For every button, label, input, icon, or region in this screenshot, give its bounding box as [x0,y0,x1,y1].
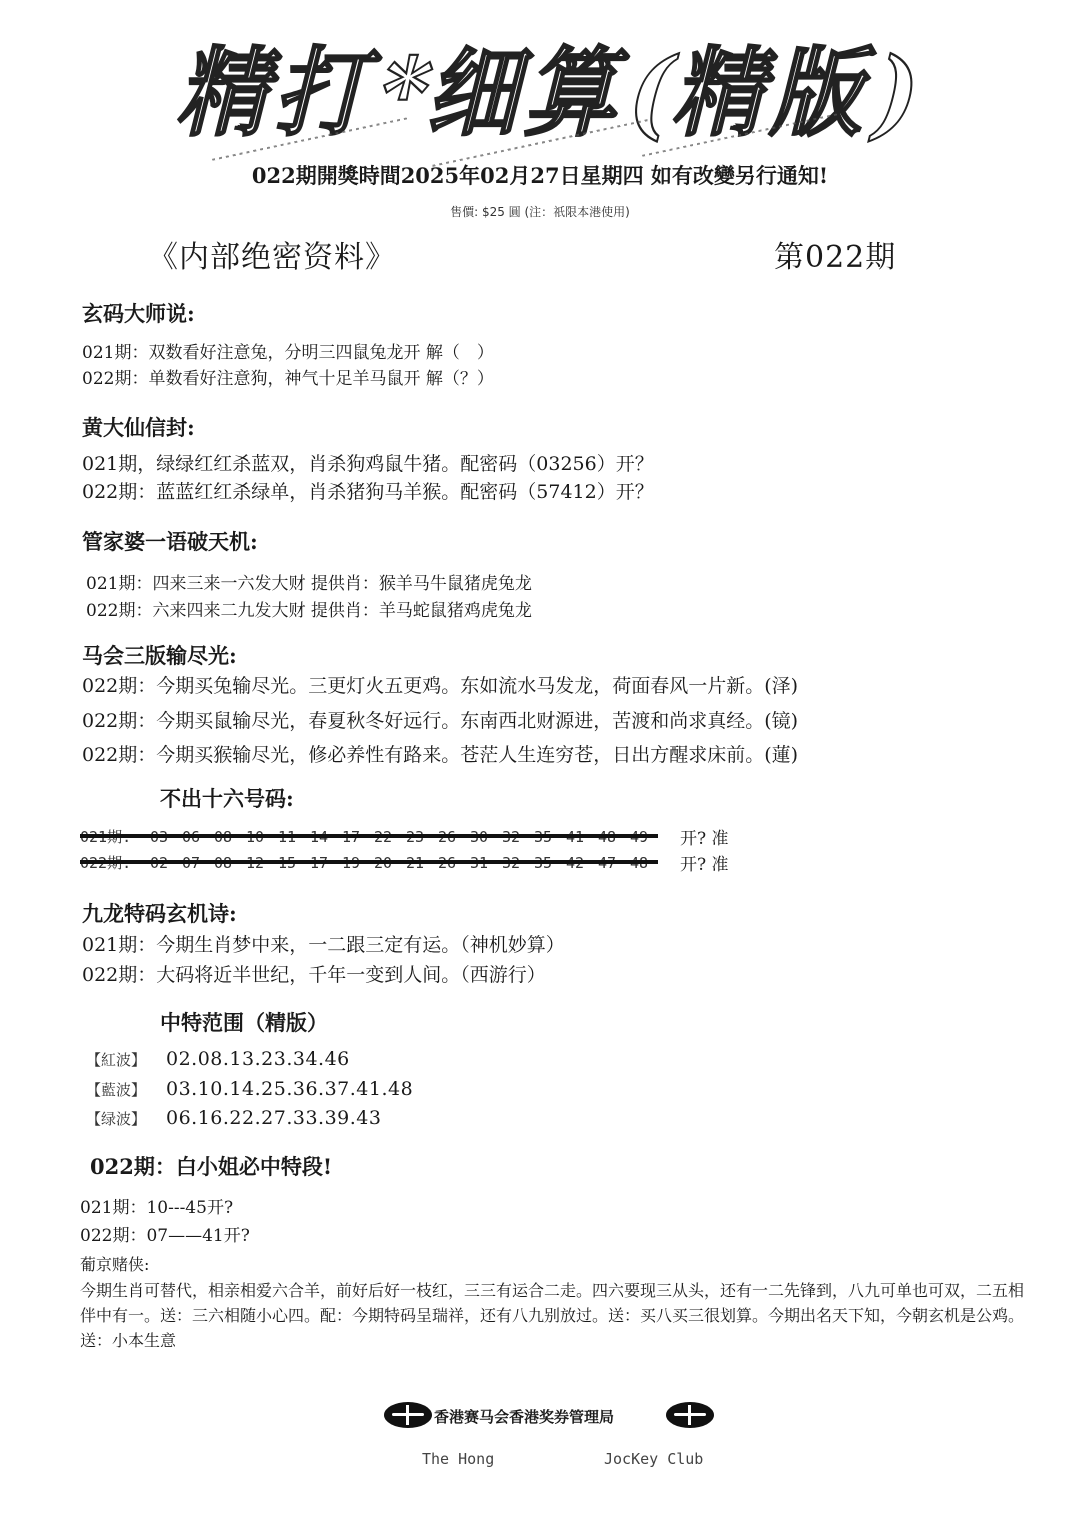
issue-number: 第022期 [774,232,896,276]
huangdaxian-line: 021期，绿绿红红杀蓝双，肖杀狗鸡鼠牛猪。配密码（03256）开？ [82,449,654,476]
wave-label: 【绿波】 [86,1108,166,1129]
baixiaojie-line: 021期：10---45开? [80,1193,233,1218]
wave-numbers: 06.16.22.27.33.39.43 [166,1107,381,1129]
wave-numbers: 02.08.13.23.34.46 [166,1048,350,1070]
price-note: 售價: $25 圓 (注：祇限本港使用) [0,203,1080,220]
xuanma-line: 022期：单数看好注意狗，神气十足羊马鼠开 解（？） [82,364,494,389]
mahui-line: 022期：今期买兔输尽光。三更灯火五更鸡。东如流水马发龙，荷面春风一片新。(泽) [82,671,798,698]
document-title: 《内部绝密资料》 [148,232,396,276]
guanjiapo-line: 021期：四来三来一六发大财 提供肖：猴羊马牛鼠猪虎兔龙 [86,569,532,594]
section-title-mahui: 马会三版输尽光: [82,640,237,670]
section-title-zhongte: 中特范围（精版） [160,1007,328,1037]
baixiaojie-line: 022期：07——41开? [80,1221,250,1246]
section-title-jiulong: 九龙特码玄机诗: [82,898,237,928]
organization-name: 香港赛马会香港奖券管理局 [434,1406,614,1427]
footer-english-left: The Hong [422,1450,494,1468]
wave-numbers: 03.10.14.25.36.37.41.48 [166,1078,413,1100]
section-title-baixiaojie: 022期：白小姐必中特段! [90,1151,332,1181]
wave-row-blue: 【藍波】03.10.14.25.36.37.41.48 [86,1078,413,1100]
jiulong-line: 022期：大码将近半世纪，千年一变到人间。（西游行） [82,960,546,987]
wave-label: 【紅波】 [86,1049,166,1070]
row-suffix: 开? 准 [680,850,729,875]
strikethrough-line [80,860,658,864]
section-title-xuanma: 玄码大师说: [82,298,195,328]
footer-organization: 香港赛马会香港奖券管理局 [384,1400,714,1436]
jockey-club-emblem-icon [666,1402,714,1428]
section-title-huangdaxian: 黄大仙信封: [82,412,195,442]
huangdaxian-line: 022期：蓝蓝红红杀绿单，肖杀猪狗马羊猴。配密码（57412）开？ [82,477,654,504]
draw-notice: 022期開獎時間2025年02月27日星期四 如有改變另行通知! [0,160,1080,190]
guanjiapo-line: 022期：六来四来二九发大财 提供肖：羊马蛇鼠猪鸡虎兔龙 [86,596,532,621]
wave-row-red: 【紅波】02.08.13.23.34.46 [86,1048,350,1070]
wave-row-green: 【绿波】06.16.22.27.33.39.43 [86,1107,381,1129]
section-title-pujing: 葡京赌侠: [80,1252,149,1275]
wave-label: 【藍波】 [86,1079,166,1100]
title-banner: 精打*细算(精版) [200,30,860,150]
strikethrough-line [80,834,658,838]
mahui-line: 022期：今期买鼠输尽光，春夏秋冬好远行。东南西北财源进，苦渡和尚求真经。(镜) [82,706,798,733]
jiulong-line: 021期：今期生肖梦中来，一二跟三定有运。（神机妙算） [82,930,565,957]
banner-title: 精打*细算(精版) [169,30,942,156]
footer-english-right: JocKey Club [604,1450,703,1468]
pujing-paragraph: 今期生肖可替代，相亲相爱六合羊，前好后好一枝红，三三有运合二走。四六要现三从头，… [80,1278,1030,1353]
xuanma-line: 021期：双数看好注意兔，分明三四鼠兔龙开 解（ ） [82,338,494,363]
jockey-club-emblem-icon [384,1402,432,1428]
section-title-guanjiapo: 管家婆一语破天机: [82,526,258,556]
section-title-buchu: 不出十六号码: [160,783,294,813]
row-suffix: 开? 准 [680,824,729,849]
mahui-line: 022期：今期买猴输尽光，修必养性有路来。苍茫人生连穷苍，日出方醒求床前。(蓮) [82,740,798,767]
